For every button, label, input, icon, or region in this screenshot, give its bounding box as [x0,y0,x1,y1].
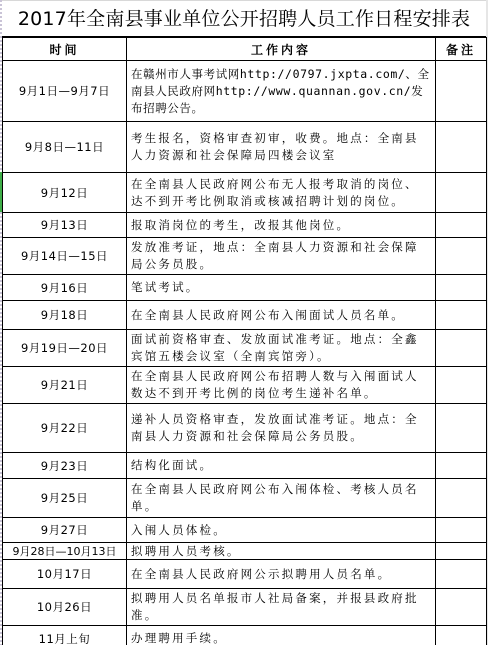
content-cell[interactable]: 办理聘用手续。 [127,626,436,645]
time-cell[interactable]: 9月19日—20日 [3,330,127,367]
table-row: 11月上旬 办理聘用手续。 [3,626,487,645]
table-row: 9月25日 在全南县人民政府网公布入闱体检、考核人员名单。 [3,479,487,518]
schedule-table: 时间 工作内容 备注 9月1日—9月7日 在赣州市人事考试网http://079… [2,37,487,645]
table-row: 9月22日 递补人员资格审查，发放面试准考证。地点：全南县人力资源和社会保障局公… [3,404,487,453]
content-cell[interactable]: 笔试考试。 [127,275,436,301]
time-cell[interactable]: 10月17日 [3,560,127,589]
time-cell[interactable]: 9月27日 [3,518,127,543]
content-cell[interactable]: 递补人员资格审查，发放面试准考证。地点：全南县人力资源和社会保障局公务员股。 [127,404,436,453]
table-row: 10月17日 在全南县人民政府网公示拟聘用人员名单。 [3,560,487,589]
header-note[interactable]: 备注 [436,38,487,61]
note-cell[interactable] [436,122,487,173]
note-cell[interactable] [436,518,487,543]
note-cell[interactable] [436,560,487,589]
time-cell[interactable]: 9月22日 [3,404,127,453]
note-cell[interactable] [436,589,487,626]
table-row: 9月27日 入闱人员体检。 [3,518,487,543]
header-row: 时间 工作内容 备注 [3,38,487,61]
content-cell[interactable]: 在全南县人民政府网公布招聘人数与入闱面试人数达不到开考比例的岗位考生递补名单。 [127,367,436,404]
content-cell[interactable]: 结构化面试。 [127,453,436,479]
content-cell[interactable]: 面试前资格审查、发放面试准考证。地点：全鑫宾馆五楼会议室（全南宾馆旁）。 [127,330,436,367]
content-cell[interactable]: 报取消岗位的考生，改报其他岗位。 [127,213,436,238]
time-cell[interactable]: 9月1日—9月7日 [3,61,127,122]
note-cell[interactable] [436,301,487,330]
table-row: 9月12日 在全南县人民政府网公布无人报考取消的岗位、达不到开考比例取消或核减招… [3,173,487,213]
schedule-sheet: 2017年全南县事业单位公开招聘人员工作日程安排表 时间 工作内容 备注 9月1… [2,0,486,645]
time-cell[interactable]: 11月上旬 [3,626,127,645]
content-cell[interactable]: 在全南县人民政府网公布无人报考取消的岗位、达不到开考比例取消或核减招聘计划的岗位… [127,173,436,213]
note-cell[interactable] [436,626,487,645]
content-cell[interactable]: 考生报名，资格审查初审，收费。地点：全南县人力资源和社会保障局四楼会议室 [127,122,436,173]
note-cell[interactable] [436,479,487,518]
time-cell[interactable]: 9月25日 [3,479,127,518]
note-cell[interactable] [436,173,487,213]
content-cell[interactable]: 入闱人员体检。 [127,518,436,543]
content-cell[interactable]: 拟聘用人员考核。 [127,543,436,560]
table-row: 9月19日—20日 面试前资格审查、发放面试准考证。地点：全鑫宾馆五楼会议室（全… [3,330,487,367]
table-row: 9月28日—10月13日 拟聘用人员考核。 [3,543,487,560]
note-cell[interactable] [436,275,487,301]
time-cell[interactable]: 9月28日—10月13日 [3,543,127,560]
content-cell[interactable]: 在赣州市人事考试网http://0797.jxpta.com/、全南县人民政府网… [127,61,436,122]
time-cell[interactable]: 9月13日 [3,213,127,238]
note-cell[interactable] [436,61,487,122]
time-cell[interactable]: 10月26日 [3,589,127,626]
table-row: 9月21日 在全南县人民政府网公布招聘人数与入闱面试人数达不到开考比例的岗位考生… [3,367,487,404]
note-cell[interactable] [436,367,487,404]
time-cell[interactable]: 9月16日 [3,275,127,301]
note-cell[interactable] [436,543,487,560]
note-cell[interactable] [436,453,487,479]
note-cell[interactable] [436,213,487,238]
time-cell[interactable]: 9月14日—15日 [3,238,127,275]
content-cell[interactable]: 发放准考证，地点：全南县人力资源和社会保障局公务员股。 [127,238,436,275]
table-row: 9月18日 在全南县人民政府网公布入闱面试人员名单。 [3,301,487,330]
time-cell[interactable]: 9月12日 [3,173,127,213]
time-cell[interactable]: 9月21日 [3,367,127,404]
note-cell[interactable] [436,238,487,275]
content-cell[interactable]: 在全南县人民政府网公示拟聘用人员名单。 [127,560,436,589]
note-cell[interactable] [436,330,487,367]
table-row: 9月13日 报取消岗位的考生，改报其他岗位。 [3,213,487,238]
table-row: 9月16日 笔试考试。 [3,275,487,301]
time-cell[interactable]: 9月23日 [3,453,127,479]
document-title: 2017年全南县事业单位公开招聘人员工作日程安排表 [2,0,486,37]
table-row: 10月26日 拟聘用人员名单报市人社局备案，并报县政府批准。 [3,589,487,626]
content-cell[interactable]: 在全南县人民政府网公布入闱体检、考核人员名单。 [127,479,436,518]
note-cell[interactable] [436,404,487,453]
table-row: 9月1日—9月7日 在赣州市人事考试网http://0797.jxpta.com… [3,61,487,122]
time-cell[interactable]: 9月18日 [3,301,127,330]
table-row: 9月14日—15日 发放准考证，地点：全南县人力资源和社会保障局公务员股。 [3,238,487,275]
header-content[interactable]: 工作内容 [127,38,436,61]
table-row: 9月8日—11日 考生报名，资格审查初审，收费。地点：全南县人力资源和社会保障局… [3,122,487,173]
content-cell[interactable]: 拟聘用人员名单报市人社局备案，并报县政府批准。 [127,589,436,626]
header-time[interactable]: 时间 [3,38,127,61]
content-cell[interactable]: 在全南县人民政府网公布入闱面试人员名单。 [127,301,436,330]
time-cell[interactable]: 9月8日—11日 [3,122,127,173]
table-row: 9月23日 结构化面试。 [3,453,487,479]
